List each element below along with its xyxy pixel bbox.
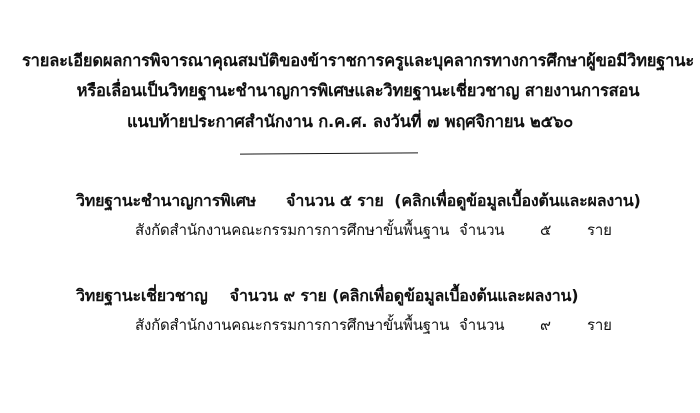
document-title-line-2: หรือเลื่อนเป็นวิทยฐานะชำนาญการพิเศษและวิ… [8,80,700,102]
agency-count-label: จำนวน [459,315,504,335]
rank-label: วิทยฐานะชำนาญการพิเศษ [76,191,256,210]
agency-count-value: ๙ [540,315,551,335]
agency-count-unit: ราย [587,220,612,240]
title-divider [240,152,418,154]
agency-count-value: ๕ [540,220,551,240]
details-link-expert[interactable]: (คลิกเพื่อดูข้อมูลเบื้องต้นและผลงาน) [332,286,578,305]
count-value: ๙ [283,286,295,305]
document-title-line-1: รายละเอียดผลการพิจารณาคุณสมบัติของข้าราช… [8,50,700,72]
count-label: จำนวน [230,286,278,305]
count-unit: ราย [357,191,383,210]
section-heading-senior-professional: วิทยฐานะชำนาญการพิเศษจำนวน ๕ ราย (คลิกเพ… [76,190,641,212]
agency-count-label: จำนวน [459,220,504,240]
count-unit: ราย [300,286,326,305]
agency-name: สังกัดสำนักงานคณะกรรมการการศึกษาขั้นพื้น… [135,220,449,240]
count-value: ๕ [340,191,352,210]
agency-count-unit: ราย [587,315,612,335]
count-label: จำนวน [286,191,334,210]
agency-name: สังกัดสำนักงานคณะกรรมการการศึกษาขั้นพื้น… [135,315,449,335]
rank-label: วิทยฐานะเชี่ยวชาญ [76,286,208,305]
document-title-line-3: แนบท้ายประกาศสำนักงาน ก.ค.ศ. ลงวันที่ ๗ … [0,111,700,133]
details-link-senior-professional[interactable]: (คลิกเพื่อดูข้อมูลเบื้องต้นและผลงาน) [394,191,640,210]
section-heading-expert: วิทยฐานะเชี่ยวชาญจำนวน ๙ ราย (คลิกเพื่อด… [76,285,578,307]
